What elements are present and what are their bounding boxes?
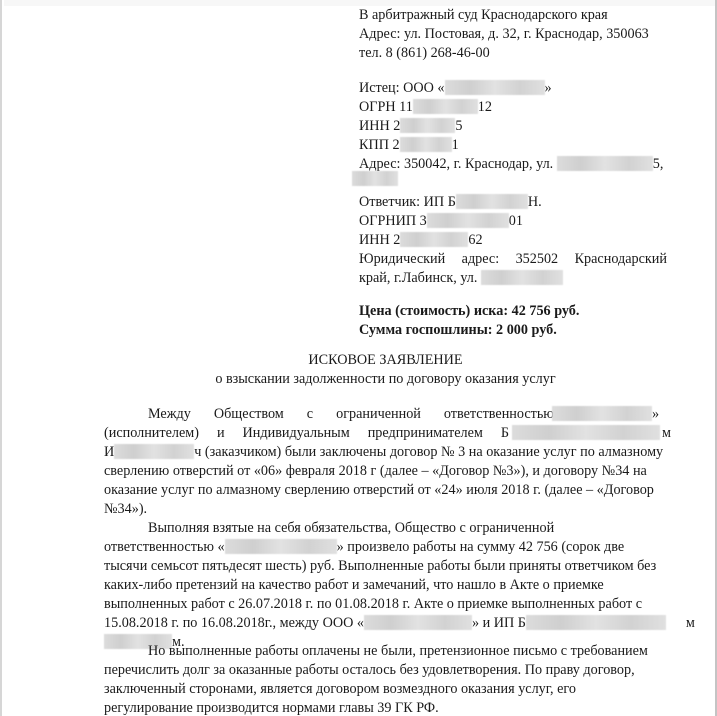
redacted-block <box>225 539 337 554</box>
claim-price: Цена (стоимость) иска: 42 756 руб. <box>359 302 579 321</box>
redacted-block <box>481 270 563 285</box>
redacted-block <box>400 137 452 152</box>
inn-suffix: 5 <box>455 118 462 134</box>
redacted-block <box>413 99 478 114</box>
redacted-block <box>456 194 528 209</box>
defendant-inn: ИНН 262 <box>359 231 483 250</box>
p2-line6: 15.08.2018 г. по 16.08.2018г., между ООО… <box>104 614 695 633</box>
p3-line3: заключенный сторонами, является договоро… <box>104 680 576 699</box>
ogrn-suffix: 12 <box>478 99 492 115</box>
redacted-block <box>526 615 666 630</box>
state-duty: Сумма госпошлины: 2 000 руб. <box>359 321 557 340</box>
address-prefix: край, г.Лабинск, ул. <box>359 270 481 286</box>
plaintiff-name-prefix: Истец: ООО « <box>359 80 445 96</box>
court-name: В арбитражный суд Краснодарского края <box>359 6 608 25</box>
p1-line1-end: » <box>552 405 659 424</box>
court-address: Адрес: ул. Постовая, д. 32, г. Краснодар… <box>359 25 649 44</box>
p1-line5: оказание услуг по алмазному сверлению от… <box>104 481 654 500</box>
p2-line1: Выполняя взятые на себя обязательства, О… <box>148 519 554 538</box>
p2-line5: выполненных работ с 26.07.2018 г. по 01.… <box>104 595 642 614</box>
redacted-block <box>114 444 194 459</box>
inn-prefix: ИНН 2 <box>359 232 400 248</box>
plaintiff-ogrn: ОГРН 1112 <box>359 98 492 117</box>
p1-line4: сверлению отверстий от «06» февраля 2018… <box>104 462 647 481</box>
defendant-name-suffix: Н. <box>528 194 542 210</box>
p3-line2: перечислить долг за оказанные работы ост… <box>104 661 635 680</box>
address-prefix: Адрес: 350042, г. Краснодар, ул. <box>359 156 557 172</box>
p3-line1: Но выполненные работы оплачены не были, … <box>148 642 648 661</box>
text: ч (заказчиком) были заключены договор № … <box>194 444 663 460</box>
text: 15.08.2018 г. по 16.08.2018г., между ООО… <box>104 615 364 631</box>
defendant-legal-address: Юридический адрес: 352502 Краснодарский <box>359 250 667 269</box>
plaintiff-inn: ИНН 25 <box>359 117 462 136</box>
p1-line1: Между Обществом с ограниченной ответстве… <box>148 405 584 424</box>
document-page: В арбитражный суд Краснодарского края Ад… <box>0 0 717 716</box>
p3-line4: регулирование производится нормами главы… <box>104 699 439 716</box>
redacted-block <box>445 80 545 95</box>
p2-line2: ответственностью «» произвело работы на … <box>104 538 624 557</box>
plaintiff-name-suffix: » <box>545 80 552 96</box>
ogrnip-prefix: ОГРНИП 3 <box>359 213 427 229</box>
p2-line3: тысячи семьсот пятьдесят шесть) руб. Вып… <box>104 557 656 576</box>
plaintiff-address: Адрес: 350042, г. Краснодар, ул. 5, <box>359 155 663 174</box>
redacted-block <box>400 118 455 133</box>
plaintiff-kpp: КПП 21 <box>359 136 459 155</box>
document-title: ИСКОВОЕ ЗАЯВЛЕНИЕ <box>27 351 717 370</box>
redacted-block <box>427 213 509 228</box>
defendant-ogrnip: ОГРНИП 301 <box>359 212 523 231</box>
text: » <box>652 406 659 422</box>
redacted-block <box>364 615 472 630</box>
redacted-block <box>400 232 468 247</box>
p1-line2: (исполнителем) и Индивидуальным предприн… <box>104 424 509 443</box>
redacted-block <box>512 425 660 440</box>
defendant-name: Ответчик: ИП БН. <box>359 193 542 212</box>
text: » произвело работы на сумму 42 756 (соро… <box>337 539 625 555</box>
ogrnip-suffix: 01 <box>509 213 523 229</box>
redacted-block <box>557 156 653 171</box>
address-suffix: 5, <box>653 156 664 172</box>
text: И <box>104 444 114 460</box>
ogrn-prefix: ОГРН 11 <box>359 99 413 115</box>
text: м <box>662 425 671 441</box>
text: » и ИП Б <box>472 615 526 631</box>
inn-prefix: ИНН 2 <box>359 118 400 134</box>
redacted-block <box>552 406 652 421</box>
kpp-prefix: КПП 2 <box>359 137 400 153</box>
plaintiff-address-cont <box>352 174 398 193</box>
kpp-suffix: 1 <box>452 137 459 153</box>
inn-suffix: 62 <box>468 232 482 248</box>
defendant-legal-address-cont: край, г.Лабинск, ул. <box>359 269 563 288</box>
text: м <box>686 615 695 631</box>
p2-line4: каких-либо претензий на качество работ и… <box>104 576 604 595</box>
p1-line3: Ич (заказчиком) были заключены договор №… <box>104 443 663 462</box>
plaintiff-name: Истец: ООО «» <box>359 79 552 98</box>
p1-line6: №34»). <box>104 500 147 519</box>
document-subtitle: о взыскании задолженности по договору ок… <box>27 370 717 389</box>
text: ответственностью « <box>104 539 225 555</box>
text: Между Обществом с ограниченной ответстве… <box>148 406 584 422</box>
defendant-name-prefix: Ответчик: ИП Б <box>359 194 456 210</box>
redacted-block <box>352 171 398 186</box>
court-phone: тел. 8 (861) 268-46-00 <box>359 44 490 63</box>
p1-line2-end: м <box>512 424 671 443</box>
